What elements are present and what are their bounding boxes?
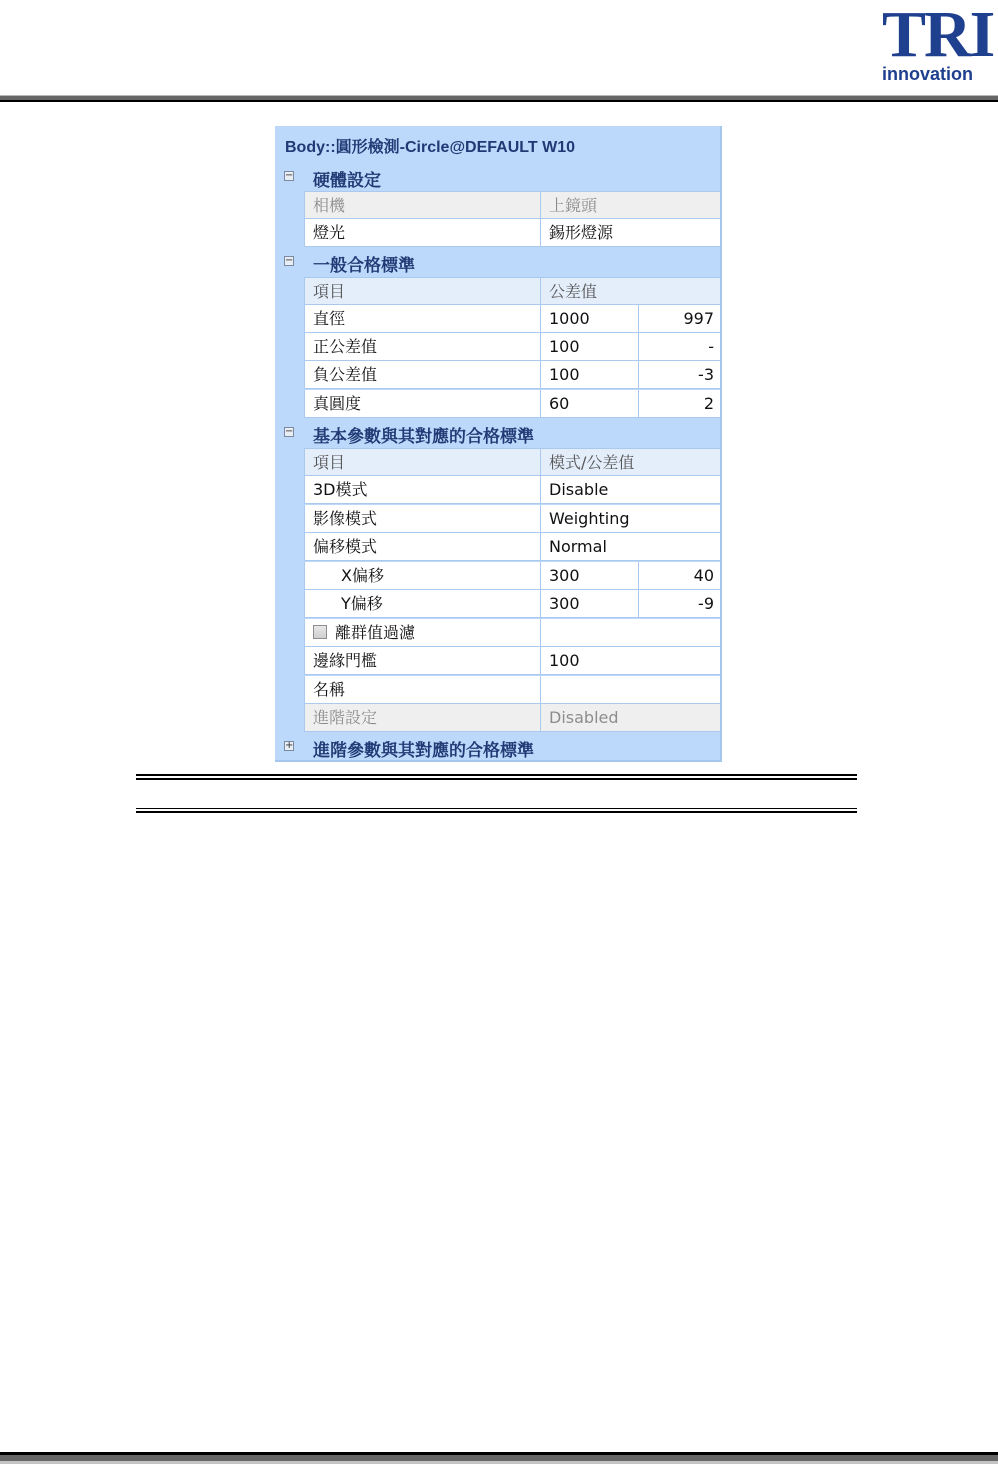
- property-value[interactable]: 100: [540, 647, 720, 675]
- property-name: 名稱: [304, 676, 540, 704]
- property-value[interactable]: Weighting: [540, 505, 720, 533]
- property-value[interactable]: 1000: [540, 305, 638, 333]
- collapse-icon[interactable]: −: [284, 256, 294, 266]
- property-row-image-mode[interactable]: 影像模式 Weighting: [304, 505, 720, 533]
- outlier-filter-checkbox[interactable]: [313, 625, 327, 639]
- property-row-3d-mode[interactable]: 3D模式 Disable: [304, 476, 720, 504]
- property-name: 邊緣門檻: [304, 647, 540, 675]
- property-value[interactable]: 100: [540, 333, 638, 361]
- property-value[interactable]: Normal: [540, 533, 720, 561]
- property-row-y-offset[interactable]: Y偏移 300 -9: [304, 590, 720, 618]
- property-name: 正公差值: [304, 333, 540, 361]
- property-value[interactable]: Disable: [540, 476, 720, 504]
- property-name: X偏移: [304, 562, 540, 590]
- property-grid-panel: Body::圓形檢測-Circle@DEFAULT W10 − 硬體設定 相機 …: [275, 126, 722, 762]
- caption-rule-bottom: [136, 808, 857, 813]
- tri-innovation-logo: TRI innovation: [876, 0, 998, 90]
- measured-value: -3: [638, 361, 720, 389]
- property-name: 相機: [304, 191, 540, 219]
- property-name: 直徑: [304, 305, 540, 333]
- property-name: 真圓度: [304, 390, 540, 418]
- column-header-item: 項目: [304, 277, 540, 305]
- property-value[interactable]: 60: [540, 390, 638, 418]
- collapse-icon[interactable]: −: [284, 171, 294, 181]
- section-advanced-parameters[interactable]: + 進階參數與其對應的合格標準: [275, 733, 720, 761]
- column-header-item: 項目: [304, 448, 540, 476]
- property-value[interactable]: [540, 619, 720, 647]
- property-value: 上鏡頭: [540, 191, 720, 219]
- measured-value: 2: [638, 390, 720, 418]
- caption-rule-top: [136, 774, 857, 780]
- property-row-roundness[interactable]: 真圓度 60 2: [304, 390, 720, 418]
- header-rule: [0, 95, 998, 102]
- panel-title: Body::圓形檢測-Circle@DEFAULT W10: [285, 134, 575, 157]
- property-row-outlier-filter[interactable]: 離群值過濾: [304, 619, 720, 647]
- outlier-filter-cell[interactable]: 離群值過濾: [304, 619, 540, 647]
- property-row-offset-mode[interactable]: 偏移模式 Normal: [304, 533, 720, 561]
- property-value[interactable]: [540, 676, 720, 704]
- logo-mark: TRI: [882, 2, 993, 68]
- section-label: 硬體設定: [313, 166, 381, 191]
- property-value[interactable]: 錫形燈源: [540, 219, 720, 247]
- measured-value: 40: [638, 562, 720, 590]
- property-row-name[interactable]: 名稱: [304, 676, 720, 704]
- property-value[interactable]: 300: [540, 562, 638, 590]
- measured-value: 997: [638, 305, 720, 333]
- column-header-mode-tolerance: 模式/公差值: [540, 448, 720, 476]
- property-row-positive-tolerance[interactable]: 正公差值 100 -: [304, 333, 720, 361]
- property-row-negative-tolerance[interactable]: 負公差值 100 -3: [304, 361, 720, 389]
- property-row-lighting[interactable]: 燈光 錫形燈源: [304, 219, 720, 247]
- logo-subtitle: innovation: [882, 64, 973, 84]
- measured-value: -: [638, 333, 720, 361]
- footer-rule: [0, 1452, 998, 1464]
- property-row-edge-threshold[interactable]: 邊緣門檻 100: [304, 647, 720, 675]
- property-value[interactable]: 100: [540, 361, 638, 389]
- property-row-camera: 相機 上鏡頭: [304, 191, 720, 219]
- measured-value: -9: [638, 590, 720, 618]
- column-header-row: 項目 公差值: [304, 277, 720, 305]
- section-label: 進階參數與其對應的合格標準: [313, 736, 534, 761]
- column-header-tolerance: 公差值: [540, 277, 720, 305]
- column-header-row: 項目 模式/公差值: [304, 448, 720, 476]
- property-name: 影像模式: [304, 505, 540, 533]
- property-row-advanced-settings: 進階設定 Disabled: [304, 704, 720, 732]
- property-name: 偏移模式: [304, 533, 540, 561]
- section-label: 一般合格標準: [313, 251, 415, 276]
- property-name: 3D模式: [304, 476, 540, 504]
- section-basic-parameters[interactable]: − 基本參數與其對應的合格標準: [275, 419, 720, 447]
- property-value[interactable]: 300: [540, 590, 638, 618]
- property-name: 離群值過濾: [335, 623, 415, 642]
- property-value: Disabled: [540, 704, 720, 732]
- property-row-x-offset[interactable]: X偏移 300 40: [304, 562, 720, 590]
- property-name: Y偏移: [304, 590, 540, 618]
- section-general-criteria[interactable]: − 一般合格標準: [275, 248, 720, 276]
- property-name: 進階設定: [304, 704, 540, 732]
- section-hardware-settings[interactable]: − 硬體設定: [275, 163, 720, 191]
- property-name: 燈光: [304, 219, 540, 247]
- expand-icon[interactable]: +: [284, 741, 294, 751]
- collapse-icon[interactable]: −: [284, 427, 294, 437]
- section-label: 基本參數與其對應的合格標準: [313, 422, 534, 447]
- property-row-diameter[interactable]: 直徑 1000 997: [304, 305, 720, 333]
- property-name: 負公差值: [304, 361, 540, 389]
